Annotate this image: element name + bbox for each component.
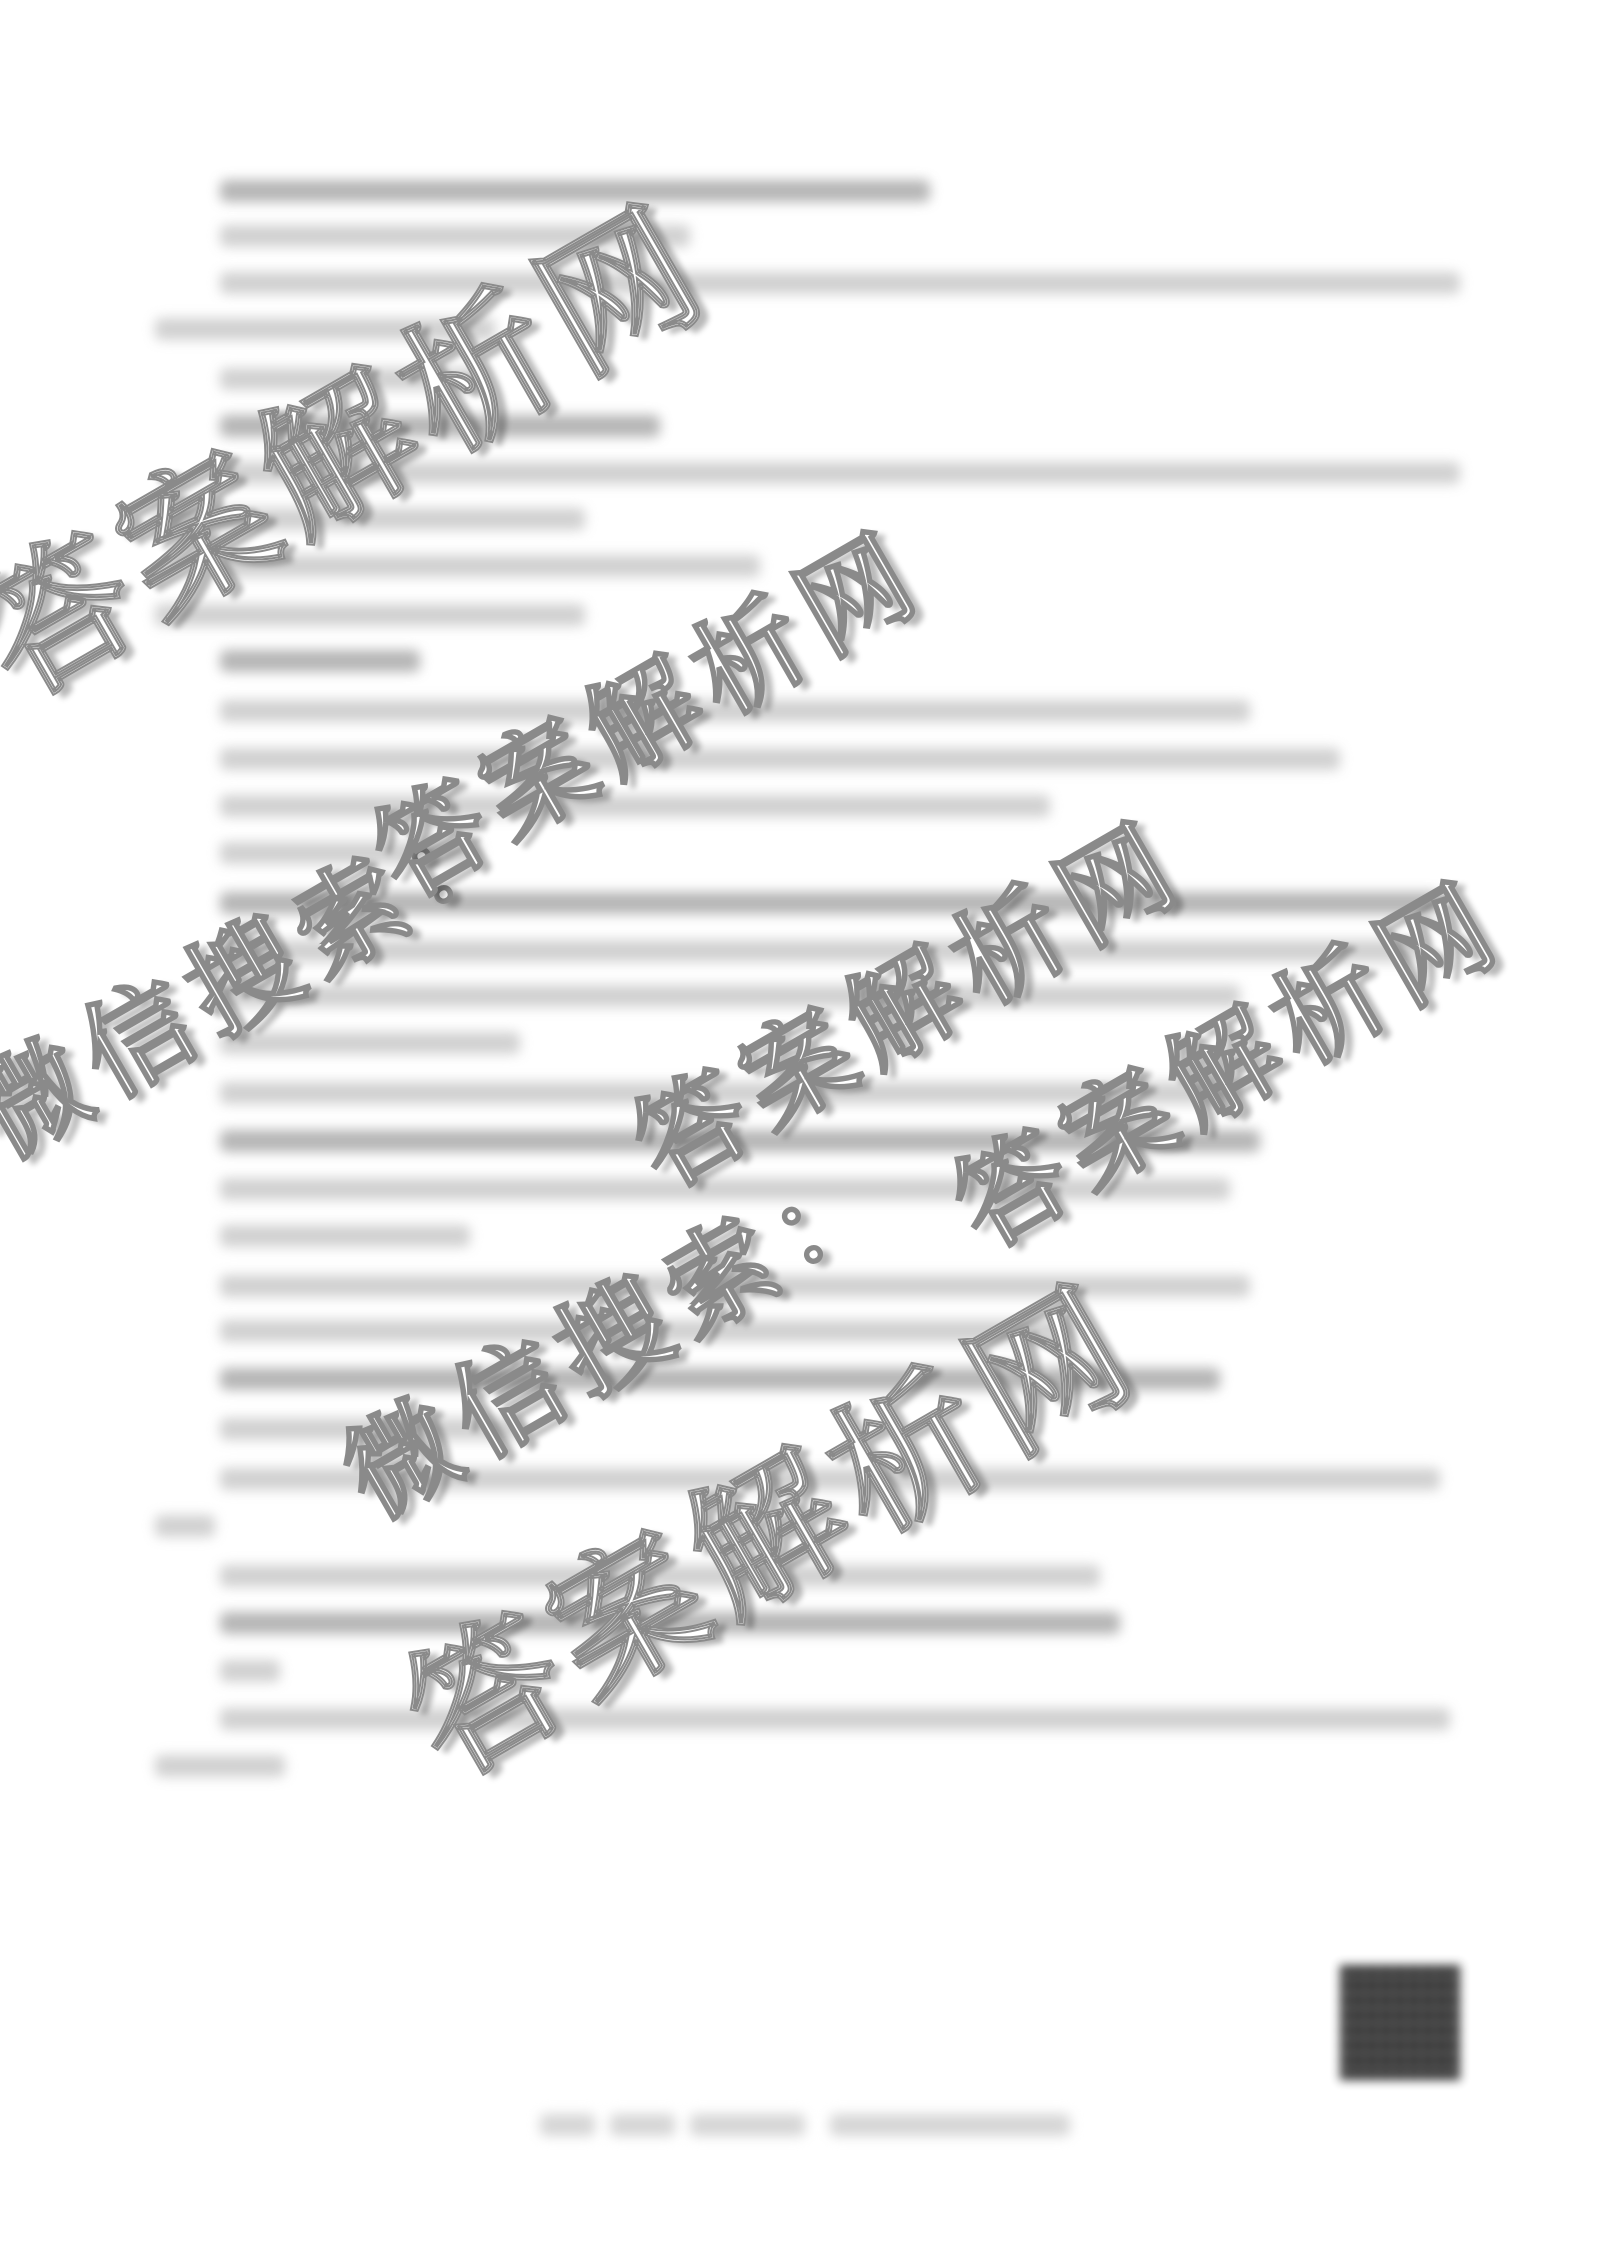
body-text-line [220, 180, 930, 202]
body-text-line [220, 842, 480, 864]
body-text-line [220, 225, 690, 247]
body-text-line [220, 795, 1050, 817]
body-text-line [155, 1755, 285, 1777]
body-text-line [220, 650, 420, 672]
body-text-line [220, 892, 1440, 914]
body-text-line [220, 1368, 1220, 1390]
body-text-line [155, 318, 495, 340]
body-text-line [220, 272, 1460, 294]
body-text-line [220, 700, 1250, 722]
body-text-line [220, 1032, 520, 1054]
body-text-line [220, 1320, 1070, 1342]
body-text-line [220, 1178, 1230, 1200]
body-text-line [220, 555, 760, 577]
qr-code [1340, 1965, 1460, 2080]
body-text-line [220, 1225, 470, 1247]
body-text-line [155, 604, 585, 626]
body-text-line [220, 1275, 1250, 1297]
body-text-line [220, 1565, 1100, 1587]
body-text-line [220, 1660, 280, 1682]
body-text-line [220, 1612, 1120, 1634]
body-text-line [220, 985, 1240, 1007]
page-footer [540, 2110, 1070, 2140]
body-text-line [220, 748, 1340, 770]
body-text-line [220, 415, 660, 437]
body-text-line [220, 940, 1420, 962]
body-text-line [220, 462, 1460, 484]
body-text-line [220, 1708, 1450, 1730]
body-text-line [155, 508, 585, 530]
body-text-line [220, 1082, 1240, 1104]
body-text-line [220, 1468, 1440, 1490]
document-page: 答案解析网 微信搜索： 答案解析网 答案解析网 微信搜索： 答案解析网 答案解析… [0, 0, 1602, 2252]
body-text-line [220, 1418, 520, 1440]
body-text-line [155, 1515, 215, 1537]
body-text-line [220, 1130, 1260, 1152]
body-text-line [220, 368, 480, 390]
